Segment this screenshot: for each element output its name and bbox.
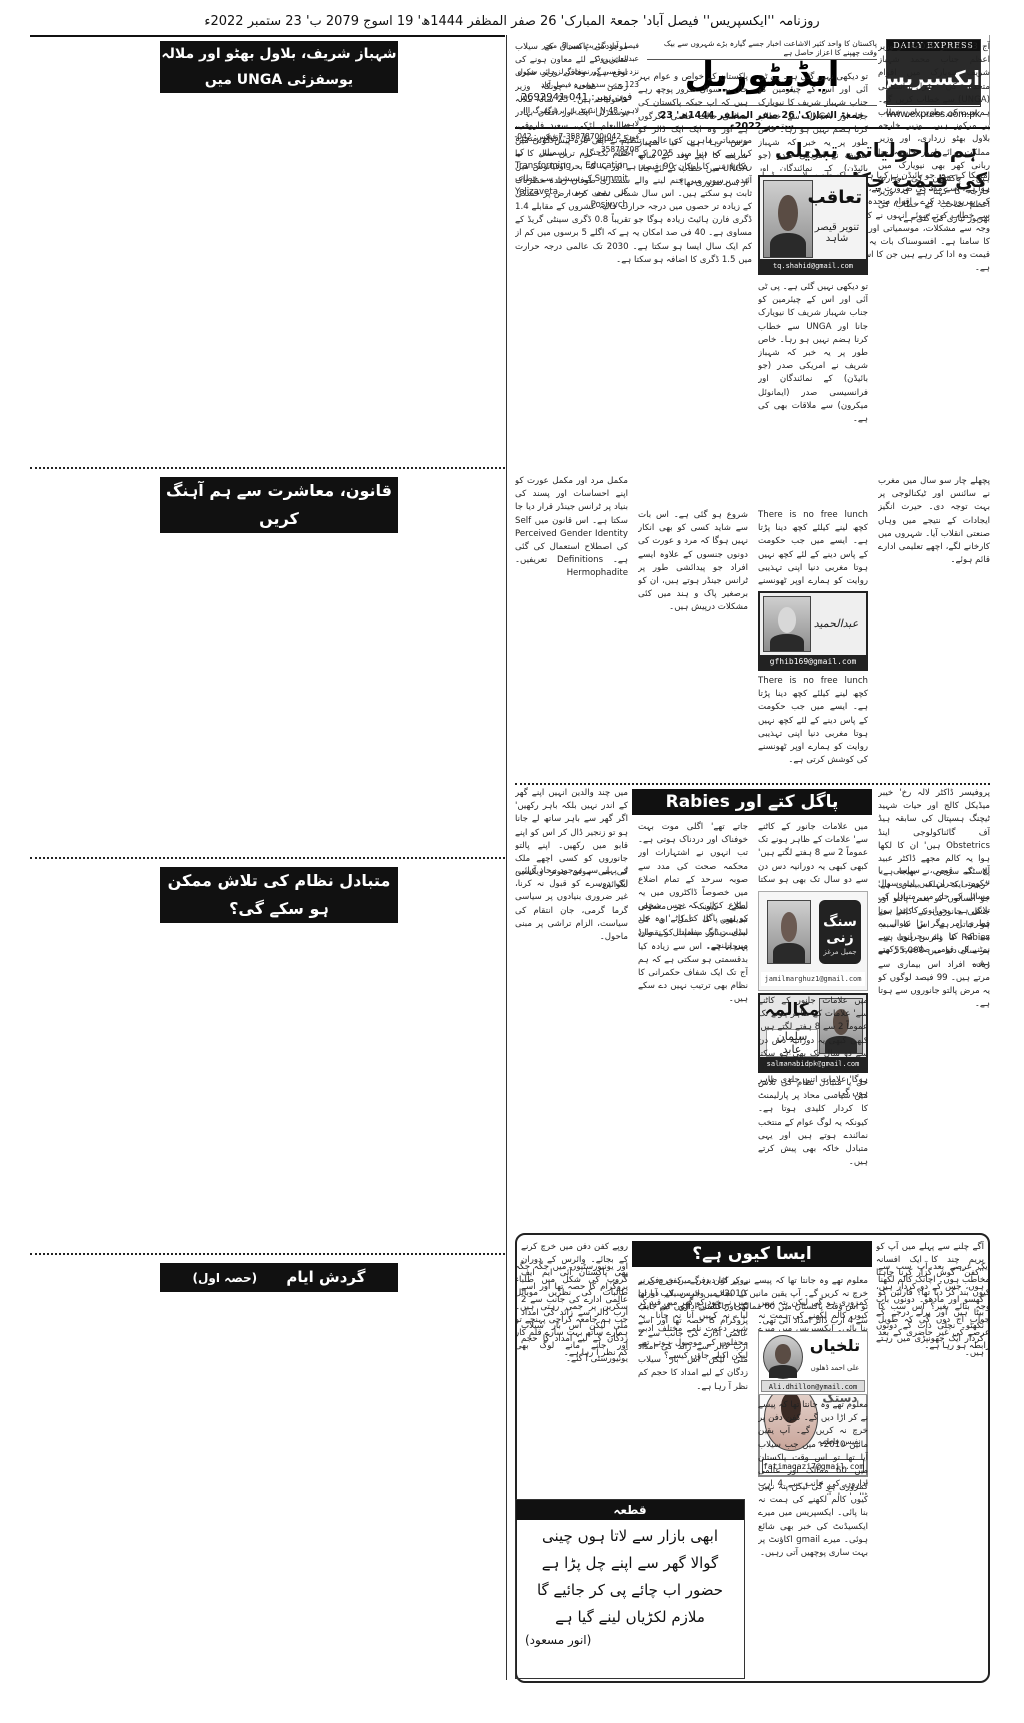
taqub-text-b: تو دیکھی نہیں گئی ہے۔ پی ٹی آئی اور اس ک…: [758, 71, 868, 171]
taqub-text-a: آج 23 ستمبر 2022ء کو وزیر اعظم جناب محمد…: [878, 41, 990, 461]
law-headline: قانون، معاشرت سے ہم آہنگ کریں: [160, 477, 398, 533]
qita-title: قطعہ: [516, 1500, 744, 1520]
author-email[interactable]: gfhib169@gmail.com: [760, 655, 866, 669]
rabies-headline: پاگل کتے اور Rabies: [632, 789, 872, 815]
author-photo: [763, 1335, 803, 1379]
qita-line: حضور اب چائے پی کر جائیے گا: [525, 1577, 735, 1604]
author-email[interactable]: Ali.dhillon@ymail.com: [761, 1380, 865, 1392]
talkhiyan-byline-box: تلخیاں علی احمد ڈھلوں Ali.dhillon@ymail.…: [758, 1331, 868, 1395]
gardish-title: گردش ایام: [286, 1268, 365, 1286]
newspaper-page: DAILY EXPRESS ایکسپریس www.express.com.p…: [30, 35, 990, 1680]
author-photo: [763, 180, 813, 258]
law-text-b2: There is no free lunch کچھ لینے کیلئے کچ…: [758, 675, 868, 845]
talkhiyan-text-b2: معلوم تھے وہ جانتا تھا کہ پیسے نے کر اڑا…: [758, 1399, 868, 1495]
section-separator: [515, 783, 990, 785]
taqub-text-b2: تو دیکھی نہیں گئی ہے۔ پی ٹی آئی اور اس ک…: [758, 281, 868, 461]
rabies-text-c: جاتے تھے' اگلی موت بہت خوفناک اور دردناک…: [638, 821, 748, 1227]
column-name: تلخیاں: [807, 1336, 863, 1355]
law-byline-box: عبدالحمید gfhib169@gmail.com: [758, 591, 868, 671]
section-separator: [30, 467, 505, 469]
dateline: روزنامہ ''ایکسپریس'' فیصل آباد' جمعۃ الم…: [0, 14, 1024, 29]
section-divider: [506, 35, 507, 1680]
talkhiyan-text-a: آگے چلنے سے پہلے میں آپ کو پریم چند کا ا…: [876, 1241, 984, 1671]
rabies-text-b: میں علامات جانور کے کاٹنے سے' علامات کے …: [758, 821, 868, 887]
gardish-part: (حصہ اول): [193, 1271, 258, 1285]
talkhiyan-text-d: روپے کفن دفن میں خرچ کرنے کے بجائے۔ وائر…: [521, 1241, 628, 1495]
talkhiyan-text-c: روپے کفن دفن میں خرچ کرنے کے بجائے۔ وائر…: [638, 1275, 748, 1495]
author-name: عبدالحمید: [810, 617, 862, 630]
taqub-headline: شہباز شریف، بلاول بھٹو اور ملالہ یوسفزئی…: [160, 41, 398, 93]
mukalma-headline: متبادل نظام کی تلاش ممکن ہو سکے گی؟: [160, 867, 398, 923]
author-email[interactable]: jamilmarghuz1@gmail.com: [761, 972, 865, 986]
author-name: تنویر قیصر شاہد: [812, 222, 862, 244]
section-separator: [30, 1253, 505, 1255]
qita-line: گوالا گھر سے اپنے چل پڑا ہے: [525, 1550, 735, 1577]
rabies-text-b2: میں علامات جانور کے کاٹنے سے' علامات کے …: [758, 995, 868, 1227]
qita-poet: (انور مسعود): [525, 1631, 735, 1649]
gardish-headline: گردش ایام (حصہ اول): [160, 1263, 398, 1292]
author-name: علی احمد ڈھلوں: [807, 1364, 863, 1372]
taqub-top-rule: [30, 35, 505, 37]
taqub-text-d: موجودگی پاکستان کے سیلاب متاثرین کے لئے …: [515, 41, 628, 461]
column-name: تعاقب: [812, 187, 862, 208]
rabies-text-d: میں چند والدین انہیں اپنے گھر کے اندر نہ…: [515, 787, 628, 1227]
taqub-text-c: پاکستان کے خواص و عوام بہر حال یہ سوال ض…: [638, 71, 748, 461]
section-separator: [30, 857, 505, 859]
author-email[interactable]: tq.shahid@gmail.com: [760, 259, 866, 273]
rabies-text-a: پروفیسر ڈاکٹر لالہ رخ' خیبر میڈیکل کالج …: [878, 787, 990, 1227]
law-text-b: There is no free lunch کچھ لینے کیلئے کچ…: [758, 509, 868, 589]
taqub-byline-box: تعاقب تنویر قیصر شاہد tq.shahid@gmail.co…: [758, 175, 868, 275]
talkhiyan-headline: ایسا کیوں ہے؟: [632, 1241, 872, 1267]
rabies-byline-box: سنگ زنی جمیل مرغز jamilmarghuz1@gmail.co…: [758, 891, 868, 991]
qita-line: ابھی بازار سے لاتا ہوں چینی: [525, 1523, 735, 1550]
author-name: جمیل مرغز: [819, 948, 861, 956]
qita-lines: ابھی بازار سے لاتا ہوں چینی گوالا گھر سے…: [525, 1523, 735, 1649]
author-photo: [763, 596, 811, 652]
author-photo: [767, 900, 811, 964]
qita-line: ملازم لکڑیاں لینے گیا ہے: [525, 1604, 735, 1631]
